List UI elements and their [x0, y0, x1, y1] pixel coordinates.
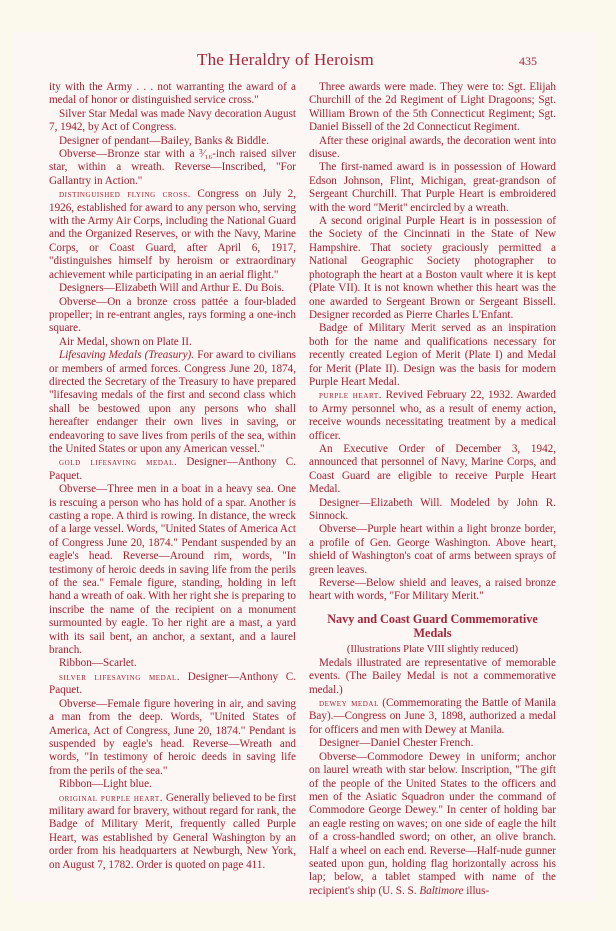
paragraph: Lifesaving Medals (Treasury). For award …: [49, 349, 296, 456]
paragraph: Obverse—Female figure hovering in air, a…: [49, 698, 296, 778]
paragraph: Obverse—Purple heart within a light bron…: [309, 523, 556, 577]
right-column: Three awards were made. They were to: Sg…: [309, 81, 556, 898]
paragraph: distinguished flying cross. Congress on …: [49, 188, 296, 282]
paragraph: purple heart. Revived February 22, 1932.…: [309, 389, 556, 443]
paragraph: ity with the Army . . . not warranting t…: [49, 81, 296, 108]
page-header: The Heraldry of Heroism 435: [0, 50, 616, 72]
paragraph: After these original awards, the decorat…: [309, 135, 556, 162]
paragraph: A second original Purple Heart is in pos…: [309, 215, 556, 322]
paragraph: Designers—Elizabeth Will and Arthur E. D…: [49, 282, 296, 295]
section-heading: Navy and Coast Guard Commemorative Medal…: [309, 612, 556, 640]
paragraph: Designer—Elizabeth Will. Modeled by John…: [309, 497, 556, 524]
entry-heading: purple heart.: [319, 390, 382, 401]
paragraph: Badge of Military Merit served as an ins…: [309, 322, 556, 389]
ship-name: Baltimore: [419, 885, 463, 897]
paragraph-text: illus-: [463, 885, 489, 897]
section-heading-line: Navy and Coast Guard Commemorative: [309, 612, 556, 626]
section-heading-line: Medals: [309, 626, 556, 640]
paragraph: Obverse—Bronze star with a ³⁄₁₆-inch rai…: [49, 148, 296, 188]
paragraph: Obverse—Three men in a boat in a heavy s…: [49, 483, 296, 657]
paragraph: Three awards were made. They were to: Sg…: [309, 81, 556, 135]
paragraph-text: Obverse—Commodore Dewey in uniform; anch…: [309, 751, 556, 897]
left-column: ity with the Army . . . not warranting t…: [49, 81, 296, 872]
entry-heading: original purple heart.: [59, 793, 163, 804]
paragraph-text: Congress on July 2, 1926, established fo…: [49, 188, 296, 280]
paragraph: Air Medal, shown on Plate II.: [49, 336, 296, 349]
paragraph: gold lifesaving medal. Designer—Anthony …: [49, 456, 296, 483]
entry-heading: gold lifesaving medal.: [59, 457, 177, 468]
page-number: 435: [519, 54, 537, 69]
paragraph: dewey medal (Commemorating the Battle of…: [309, 697, 556, 737]
paragraph: Obverse—On a bronze cross pattée a four-…: [49, 296, 296, 336]
paragraph: An Executive Order of December 3, 1942, …: [309, 443, 556, 497]
paragraph: Ribbon—Light blue.: [49, 778, 296, 791]
paragraph: Medals illustrated are representative of…: [309, 657, 556, 697]
paragraph: Designer—Daniel Chester French.: [309, 737, 556, 750]
paragraph: Designer of pendant—Bailey, Banks & Bidd…: [49, 135, 296, 148]
paragraph-text: For award to civilians or members of arm…: [49, 349, 296, 455]
paragraph: Reverse—Below shield and leaves, a raise…: [309, 577, 556, 604]
paragraph: original purple heart. Generally believe…: [49, 792, 296, 872]
paragraph: Silver Star Medal was made Navy decorati…: [49, 108, 296, 135]
paragraph: silver lifesaving medal. Designer—Anthon…: [49, 671, 296, 698]
running-title: The Heraldry of Heroism: [197, 50, 374, 70]
section-subheading: (Illustrations Plate VIII slightly reduc…: [309, 643, 556, 657]
entry-heading: silver lifesaving medal.: [59, 672, 180, 683]
entry-heading: dewey medal: [319, 698, 379, 709]
entry-heading: Lifesaving Medals (Treasury).: [59, 349, 194, 361]
paragraph: Ribbon—Scarlet.: [49, 657, 296, 670]
paragraph: Obverse—Commodore Dewey in uniform; anch…: [309, 751, 556, 898]
entry-heading: distinguished flying cross.: [59, 189, 191, 200]
paragraph: The first-named award is in possession o…: [309, 161, 556, 215]
